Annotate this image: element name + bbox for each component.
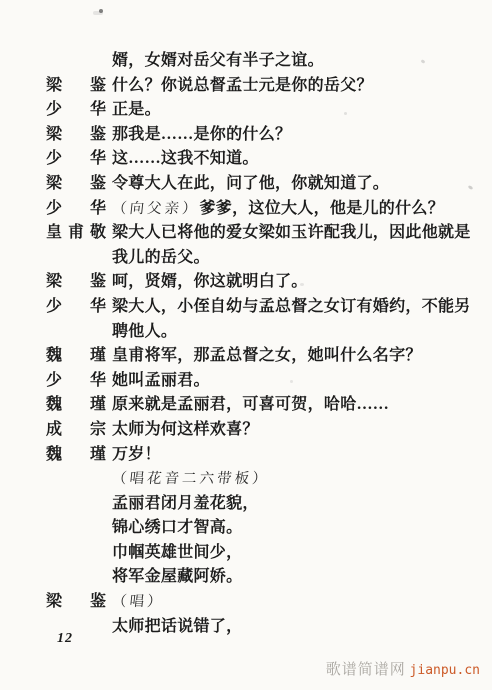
script-line: 少华这……这我不知道。 [46,147,472,172]
script-line: 孟丽君闭月羞花貌， [46,492,472,517]
dialogue-text: 万岁！ [112,443,161,468]
dialogue-text: 梁大人已将他的爱女梁如玉许配我儿，因此他就是 [112,221,471,246]
dialogue-text: 呵，贤婿，你这就明白了。 [112,270,308,295]
dialogue-text: 这……这我不知道。 [112,147,259,172]
script-line: 少华梁大人，小侄自幼与孟总督之女订有婚约，不能另 [46,295,472,320]
script-line: 锦心绣口才智高。 [46,516,472,541]
speaker-name: 皇甫敬 [46,221,106,246]
script-line: 我儿的岳父。 [46,246,472,271]
speaker-name: 魏瑾 [46,393,106,418]
dialogue-text: 皇甫将军，那孟总督之女，她叫什么名字？ [112,344,422,369]
dialogue-text: 锦心绣口才智高。 [112,516,242,541]
script-line: 皇甫敬梁大人已将他的爱女梁如玉许配我儿，因此他就是 [46,221,472,246]
script-line: 太师把话说错了， [46,615,472,640]
scan-speck [290,380,293,383]
stage-direction: （唱花音二六带板） [111,467,271,492]
dialogue-text: 她叫孟丽君。 [112,369,210,394]
script-line: 巾帼英雄世间少， [46,541,472,566]
dialogue-text: 聘他人。 [112,320,177,345]
script-line: 婿，女婿对岳父有半子之谊。 [46,49,472,74]
script-line: 魏瑾原来就是孟丽君，可喜可贺，哈哈…… [46,393,472,418]
speaker-name: 梁鉴 [46,270,106,295]
page-number: 12 [57,631,73,647]
dialogue-text: 太师把话说错了， [112,615,242,640]
script-line: 梁鉴呵，贤婿，你这就明白了。 [46,270,472,295]
dialogue-text: 原来就是孟丽君，可喜可贺，哈哈…… [112,393,389,418]
script-line: 梁鉴什么？你说总督孟士元是你的岳父？ [46,74,472,99]
dialogue-text: 将军金屋藏阿娇。 [112,565,242,590]
script-page: 婿，女婿对岳父有半子之谊。 梁鉴什么？你说总督孟士元是你的岳父？ 少华正是。 梁… [0,0,492,690]
dialogue-text: 孟丽君闭月羞花貌， [112,492,259,517]
script-line: 魏瑾皇甫将军，那孟总督之女，她叫什么名字？ [46,344,472,369]
speaker-name: 少华 [46,295,106,320]
script-line: （唱花音二六带板） [46,467,472,492]
script-line: 聘他人。 [46,320,472,345]
speaker-name: 少华 [46,197,106,222]
speaker-name: 成宗 [46,418,106,443]
scan-speck [300,283,304,286]
dialogue-text: 我儿的岳父。 [112,246,210,271]
script-line: 少华（向父亲）爹爹，这位大人，他是儿的什么？ [46,197,472,222]
dialogue-text: 那我是……是你的什么？ [112,123,291,148]
stage-direction: （向父亲） [111,197,201,222]
speaker-name: 梁鉴 [46,172,106,197]
speaker-name: 少华 [46,98,106,123]
watermark-site-link[interactable]: jianpu.cn [410,663,480,678]
speaker-name: 魏瑾 [46,344,106,369]
scan-speck [344,112,347,115]
dialogue-text: 令尊大人在此，问了他，你就知道了。 [112,172,389,197]
speaker-name: 少华 [46,369,106,394]
dialogue-text: 太师为何这样欢喜？ [112,418,259,443]
speaker-name: 梁鉴 [46,123,106,148]
dialogue-text: 巾帼英雄世间少， [112,541,242,566]
script-line: 成宗太师为何这样欢喜？ [46,418,472,443]
stage-direction: （唱） [111,590,166,615]
speaker-name: 魏瑾 [46,443,106,468]
script-line: 梁鉴令尊大人在此，问了他，你就知道了。 [46,172,472,197]
dialogue-text: 梁大人，小侄自幼与孟总督之女订有婚约，不能另 [112,295,471,320]
watermark: 歌谱简谱网 jianpu.cn [326,658,480,679]
dialogue-text: 爹爹，这位大人，他是儿的什么？ [200,197,445,222]
script-line: 魏瑾万岁！ [46,443,472,468]
script-line: 将军金屋藏阿娇。 [46,565,472,590]
speaker-name: 少华 [46,147,106,172]
scan-speck [93,11,103,15]
dialogue-text: 婿，女婿对岳父有半子之谊。 [112,49,324,74]
script-line: 少华正是。 [46,98,472,123]
script-line: 梁鉴（唱） [46,590,472,615]
watermark-site-name: 歌谱简谱网 [326,662,406,678]
script-line: 梁鉴那我是……是你的什么？ [46,123,472,148]
speaker-name: 梁鉴 [46,590,106,615]
dialogue-text: 什么？你说总督孟士元是你的岳父？ [112,74,373,99]
speaker-name: 梁鉴 [46,74,106,99]
script-line: 少华她叫孟丽君。 [46,369,472,394]
dialogue-text: 正是。 [112,98,161,123]
